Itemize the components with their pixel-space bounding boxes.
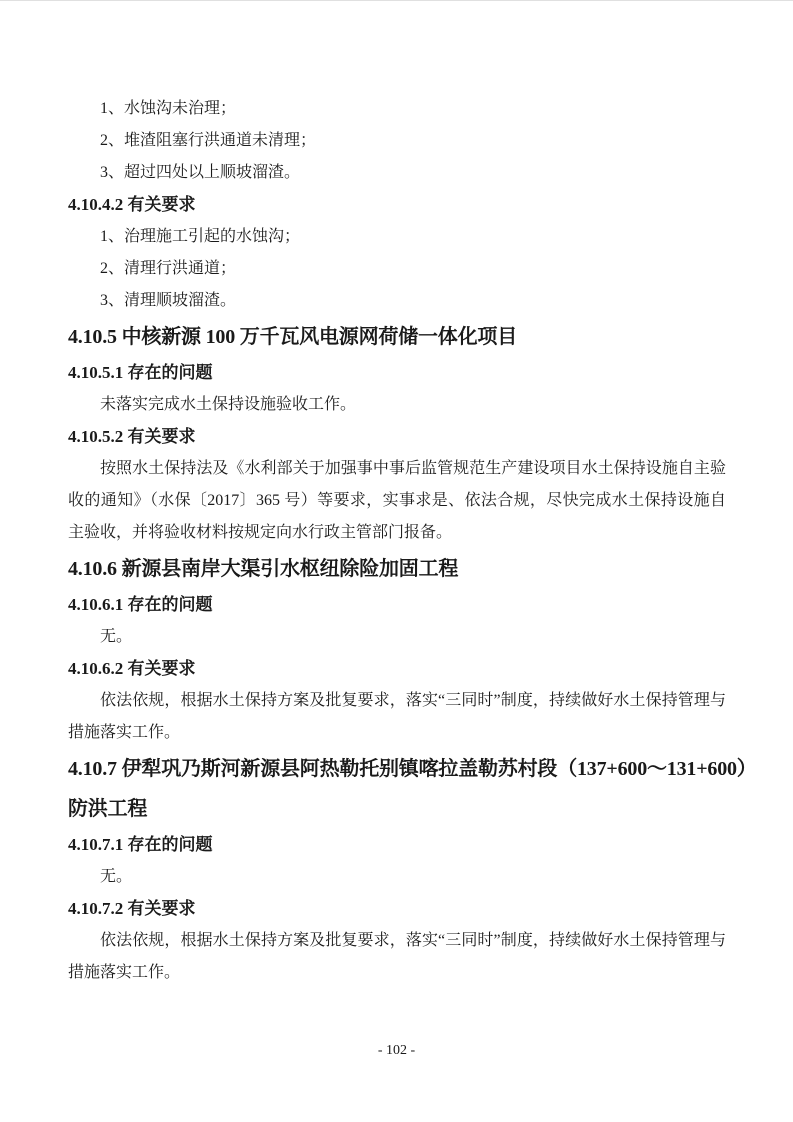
list-item: 2、清理行洪通道； bbox=[68, 253, 726, 285]
section-heading-4-10-7-line2: 防洪工程 bbox=[68, 789, 726, 829]
subsection-heading-4-10-5-2: 4.10.5.2 有关要求 bbox=[68, 421, 726, 453]
paragraph: 依法依规，根据水土保持方案及批复要求，落实“三同时”制度，持续做好水土保持管理与… bbox=[68, 685, 726, 749]
subsection-heading-4-10-6-1: 4.10.6.1 存在的问题 bbox=[68, 589, 726, 621]
paragraph: 按照水土保持法及《水利部关于加强事中事后监管规范生产建设项目水土保持设施自主验收… bbox=[68, 453, 726, 549]
section-heading-4-10-6: 4.10.6 新源县南岸大渠引水枢纽除险加固工程 bbox=[68, 549, 726, 589]
page-footer: - 102 - bbox=[0, 1041, 793, 1061]
list-item: 2、堆渣阻塞行洪通道未清理； bbox=[68, 125, 726, 157]
subsection-heading-4-10-6-2: 4.10.6.2 有关要求 bbox=[68, 653, 726, 685]
section-heading-4-10-7: 4.10.7 伊犁巩乃斯河新源县阿热勒托别镇喀拉盖勒苏村段（137+600～13… bbox=[68, 749, 726, 789]
document-page: 1、水蚀沟未治理； 2、堆渣阻塞行洪通道未清理； 3、超过四处以上顺坡溜渣。 4… bbox=[0, 0, 793, 1122]
paragraph: 未落实完成水土保持设施验收工作。 bbox=[68, 389, 726, 421]
document-content: 1、水蚀沟未治理； 2、堆渣阻塞行洪通道未清理； 3、超过四处以上顺坡溜渣。 4… bbox=[68, 93, 726, 989]
paragraph: 无。 bbox=[68, 861, 726, 893]
paragraph: 无。 bbox=[68, 621, 726, 653]
list-item: 1、治理施工引起的水蚀沟； bbox=[68, 221, 726, 253]
subsection-heading-4-10-7-2: 4.10.7.2 有关要求 bbox=[68, 893, 726, 925]
paragraph: 依法依规，根据水土保持方案及批复要求，落实“三同时”制度，持续做好水土保持管理与… bbox=[68, 925, 726, 989]
list-item: 3、超过四处以上顺坡溜渣。 bbox=[68, 157, 726, 189]
subsection-heading-4-10-5-1: 4.10.5.1 存在的问题 bbox=[68, 357, 726, 389]
list-item: 1、水蚀沟未治理； bbox=[68, 93, 726, 125]
list-item: 3、清理顺坡溜渣。 bbox=[68, 285, 726, 317]
subsection-heading-4-10-4-2: 4.10.4.2 有关要求 bbox=[68, 189, 726, 221]
subsection-heading-4-10-7-1: 4.10.7.1 存在的问题 bbox=[68, 829, 726, 861]
section-heading-4-10-5: 4.10.5 中核新源 100 万千瓦风电源网荷储一体化项目 bbox=[68, 317, 726, 357]
page-number: - 102 - bbox=[378, 1043, 415, 1058]
